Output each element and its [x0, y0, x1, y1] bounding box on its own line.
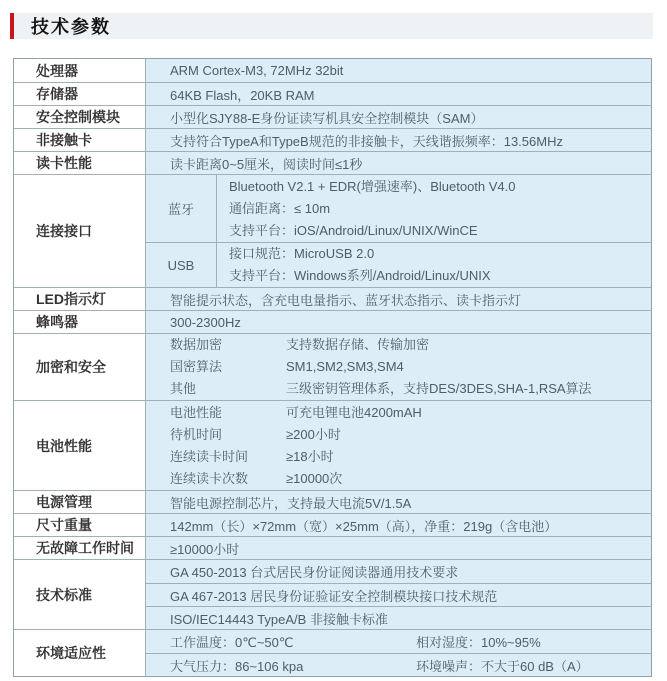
- standards-details: GA 450-2013 台式居民身份证阅读器通用技术要求 GA 467-2013…: [146, 560, 651, 629]
- row-value-buzzer: 300-2300Hz: [146, 311, 651, 333]
- battery-item-capacity: 电池性能 可充电锂电池4200mAH: [170, 402, 651, 424]
- row-label-led: LED指示灯: [14, 288, 146, 310]
- row-value-mtbf: ≥10000小时: [146, 537, 651, 559]
- row-value-power-management: 智能电源控制芯片，支持最大电流5V/1.5A: [146, 491, 651, 513]
- row-value-contactless-card: 支持符合TypeA和TypeB规范的非接触卡，天线谐振频率：13.56MHz: [146, 129, 651, 151]
- row-value-reading-performance: 读卡距离0~5厘米，阅读时间≤1秒: [146, 152, 651, 174]
- battery-item-value: ≥18小时: [286, 446, 334, 468]
- standard-ga450: GA 450-2013 台式居民身份证阅读器通用技术要求: [146, 560, 651, 583]
- environment-details: 工作温度：0℃~50℃ 相对湿度：10%~95% 大气压力：86~106 kpa…: [146, 630, 651, 676]
- page-title: 技术参数: [31, 13, 111, 39]
- table-row-memory: 存储器 64KB Flash，20KB RAM: [14, 82, 651, 105]
- row-label-power-management: 电源管理: [14, 491, 146, 513]
- row-value-led: 智能提示状态，含充电电量指示、蓝牙状态指示、读卡指示灯: [146, 288, 651, 310]
- standard-iso14443: ISO/IEC14443 TypeA/B 非接触卡标准: [146, 606, 651, 629]
- table-row-mtbf: 无故障工作时间 ≥10000小时: [14, 536, 651, 559]
- battery-item-value: 可充电锂电池4200mAH: [286, 402, 422, 424]
- table-row-power-management: 电源管理 智能电源控制芯片，支持最大电流5V/1.5A: [14, 490, 651, 513]
- standard-ga467: GA 467-2013 居民身份证验证安全控制模块接口技术规范: [146, 583, 651, 606]
- table-row-battery: 电池性能 电池性能 可充电锂电池4200mAH 待机时间 ≥200小时 连续读卡…: [14, 400, 651, 490]
- security-item-value: 三级密钥管理体系，支持DES/3DES,SHA-1,RSA算法: [286, 378, 592, 400]
- table-row-contactless-card: 非接触卡 支持符合TypeA和TypeB规范的非接触卡，天线谐振频率：13.56…: [14, 128, 651, 151]
- environment-row-1: 工作温度：0℃~50℃ 相对湿度：10%~95%: [146, 630, 651, 653]
- battery-item-continuous-time: 连续读卡时间 ≥18小时: [170, 446, 651, 468]
- bluetooth-details: Bluetooth V2.1 + EDR(增强速率)、Bluetooth V4.…: [217, 175, 651, 242]
- bluetooth-line-platforms: 支持平台：iOS/Android/Linux/UNIX/WinCE: [229, 220, 651, 242]
- security-item-value: 支持数据存储、传输加密: [286, 334, 429, 356]
- row-value-memory: 64KB Flash，20KB RAM: [146, 83, 651, 105]
- security-item-value: SM1,SM2,SM3,SM4: [286, 356, 404, 378]
- security-item-name: 数据加密: [170, 334, 286, 356]
- security-item-name: 国密算法: [170, 356, 286, 378]
- row-label-security: 加密和安全: [14, 334, 146, 400]
- usb-line-spec: 接口规范：MicroUSB 2.0: [229, 243, 651, 265]
- security-details: 数据加密 支持数据存储、传输加密 国密算法 SM1,SM2,SM3,SM4 其他…: [146, 334, 651, 400]
- row-label-mtbf: 无故障工作时间: [14, 537, 146, 559]
- battery-item-name: 连续读卡时间: [170, 446, 286, 468]
- table-row-security: 加密和安全 数据加密 支持数据存储、传输加密 国密算法 SM1,SM2,SM3,…: [14, 333, 651, 400]
- row-label-reading-performance: 读卡性能: [14, 152, 146, 174]
- env-pressure: 大气压力：86~106 kpa: [170, 656, 416, 675]
- bluetooth-label: 蓝牙: [146, 175, 217, 242]
- table-row-interfaces: 连接接口 蓝牙 Bluetooth V2.1 + EDR(增强速率)、Bluet…: [14, 174, 651, 287]
- row-label-standards: 技术标准: [14, 560, 146, 629]
- row-label-processor: 处理器: [14, 59, 146, 82]
- row-value-processor: ARM Cortex-M3, 72MHz 32bit: [146, 59, 651, 82]
- env-noise: 环境噪声：不大于60 dB（A）: [416, 656, 651, 675]
- interfaces-group: 蓝牙 Bluetooth V2.1 + EDR(增强速率)、Bluetooth …: [146, 175, 651, 287]
- table-row-standards: 技术标准 GA 450-2013 台式居民身份证阅读器通用技术要求 GA 467…: [14, 559, 651, 629]
- battery-item-value: ≥10000次: [286, 468, 342, 490]
- row-label-buzzer: 蜂鸣器: [14, 311, 146, 333]
- table-row-dimensions: 尺寸重量 142mm（长）×72mm（宽）×25mm（高），净重：219g（含电…: [14, 513, 651, 536]
- row-label-interfaces: 连接接口: [14, 175, 146, 287]
- row-value-sam-module: 小型化SJY88-E身份证读写机具安全控制模块（SAM）: [146, 106, 651, 128]
- row-label-memory: 存储器: [14, 83, 146, 105]
- bluetooth-line-range: 通信距离：≤ 10m: [229, 198, 651, 220]
- env-humidity: 相对湿度：10%~95%: [416, 632, 651, 651]
- battery-item-name: 待机时间: [170, 424, 286, 446]
- battery-item-name: 电池性能: [170, 402, 286, 424]
- usb-line-platforms: 支持平台：Windows系列/Android/Linux/UNIX: [229, 265, 651, 287]
- table-row-led: LED指示灯 智能提示状态，含充电电量指示、蓝牙状态指示、读卡指示灯: [14, 287, 651, 310]
- row-label-battery: 电池性能: [14, 401, 146, 490]
- spec-table: 处理器 ARM Cortex-M3, 72MHz 32bit 存储器 64KB …: [13, 58, 652, 677]
- battery-details: 电池性能 可充电锂电池4200mAH 待机时间 ≥200小时 连续读卡时间 ≥1…: [146, 401, 651, 490]
- security-item-encryption: 数据加密 支持数据存储、传输加密: [170, 334, 651, 356]
- table-row-environment: 环境适应性 工作温度：0℃~50℃ 相对湿度：10%~95% 大气压力：86~1…: [14, 629, 651, 676]
- row-label-sam-module: 安全控制模块: [14, 106, 146, 128]
- row-label-dimensions: 尺寸重量: [14, 514, 146, 536]
- row-value-dimensions: 142mm（长）×72mm（宽）×25mm（高），净重：219g（含电池）: [146, 514, 651, 536]
- row-label-contactless-card: 非接触卡: [14, 129, 146, 151]
- security-item-name: 其他: [170, 378, 286, 400]
- usb-label: USB: [146, 243, 217, 287]
- env-temperature: 工作温度：0℃~50℃: [170, 632, 416, 651]
- environment-row-2: 大气压力：86~106 kpa 环境噪声：不大于60 dB（A）: [146, 653, 651, 676]
- security-item-other: 其他 三级密钥管理体系，支持DES/3DES,SHA-1,RSA算法: [170, 378, 651, 400]
- battery-item-name: 连续读卡次数: [170, 468, 286, 490]
- security-item-sm-algorithms: 国密算法 SM1,SM2,SM3,SM4: [170, 356, 651, 378]
- table-row-processor: 处理器 ARM Cortex-M3, 72MHz 32bit: [14, 59, 651, 82]
- table-row-sam-module: 安全控制模块 小型化SJY88-E身份证读写机具安全控制模块（SAM）: [14, 105, 651, 128]
- bluetooth-line-versions: Bluetooth V2.1 + EDR(增强速率)、Bluetooth V4.…: [229, 176, 651, 198]
- battery-item-value: ≥200小时: [286, 424, 341, 446]
- battery-item-continuous-count: 连续读卡次数 ≥10000次: [170, 468, 651, 490]
- section-header: 技术参数: [10, 13, 653, 39]
- red-accent-bar: [10, 13, 14, 39]
- table-row-reading-performance: 读卡性能 读卡距离0~5厘米，阅读时间≤1秒: [14, 151, 651, 174]
- usb-details: 接口规范：MicroUSB 2.0 支持平台：Windows系列/Android…: [217, 243, 651, 287]
- row-label-environment: 环境适应性: [14, 630, 146, 676]
- interface-usb: USB 接口规范：MicroUSB 2.0 支持平台：Windows系列/And…: [146, 242, 651, 287]
- table-row-buzzer: 蜂鸣器 300-2300Hz: [14, 310, 651, 333]
- battery-item-standby: 待机时间 ≥200小时: [170, 424, 651, 446]
- interface-bluetooth: 蓝牙 Bluetooth V2.1 + EDR(增强速率)、Bluetooth …: [146, 175, 651, 242]
